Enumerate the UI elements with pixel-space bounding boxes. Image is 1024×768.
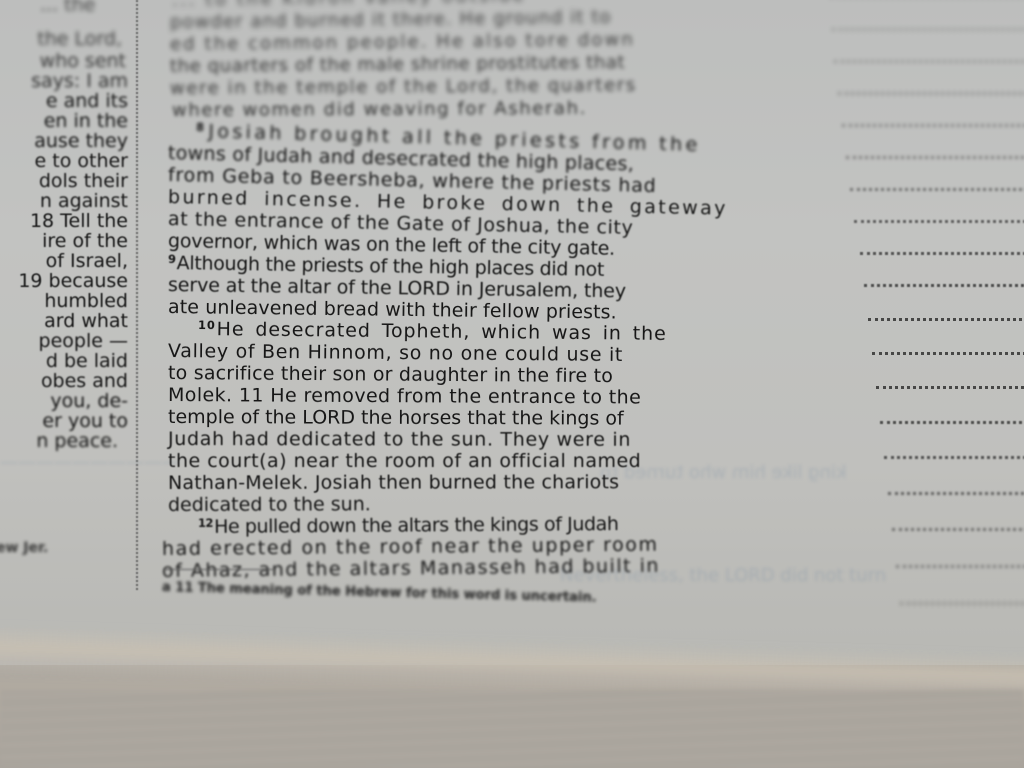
left-line: ire of the bbox=[42, 230, 128, 252]
text-line: where women did weaving for Asherah. bbox=[172, 98, 587, 121]
dotted-note-line bbox=[864, 284, 1024, 287]
verse-number: 8 bbox=[196, 120, 208, 134]
left-line: n against bbox=[40, 190, 128, 212]
left-line: ause they bbox=[34, 130, 128, 152]
dotted-note-line bbox=[888, 492, 1024, 495]
verse-number: 12 bbox=[198, 516, 213, 530]
left-line: e to other bbox=[35, 150, 128, 172]
left-line: n peace. bbox=[36, 430, 118, 452]
dotted-note-line bbox=[880, 421, 1024, 424]
dotted-note-line bbox=[842, 124, 1024, 127]
dotted-note-line bbox=[834, 60, 1024, 63]
bible-page-photo: ... the the Lord, who sent says: I am e … bbox=[0, 0, 1024, 768]
text-line: Molek. 11 He removed from the entrance t… bbox=[168, 384, 641, 408]
column-divider bbox=[136, 0, 138, 590]
left-line: er you to bbox=[42, 410, 128, 432]
left-line: the Lord, bbox=[37, 28, 122, 50]
main-column: ... to the Kidron Valley outside powder … bbox=[166, 0, 826, 620]
text-line: ed the common people. He also tore down bbox=[170, 29, 635, 55]
left-line: humbled bbox=[44, 290, 128, 312]
left-line: ard what bbox=[44, 310, 128, 332]
dotted-note-line bbox=[884, 456, 1024, 459]
footnote-rule bbox=[165, 569, 275, 570]
dotted-note-line bbox=[896, 565, 1024, 568]
left-line: says: I am bbox=[31, 70, 128, 92]
left-line: d be laid bbox=[46, 350, 128, 372]
verse-number: 10 bbox=[198, 318, 216, 332]
text-line: to sacrifice their son or daughter in th… bbox=[168, 362, 613, 387]
dotted-note-line bbox=[900, 602, 1024, 605]
text-line: Nathan-Melek. Josiah then burned the cha… bbox=[168, 471, 619, 494]
left-line: dols their bbox=[39, 170, 128, 192]
text-line: powder and burned it there. He ground it… bbox=[170, 7, 612, 33]
dotted-note-line bbox=[832, 28, 1024, 31]
left-line: people — bbox=[39, 330, 128, 352]
left-line: en in the bbox=[44, 110, 128, 132]
left-line: you, de- bbox=[50, 390, 128, 412]
left-footnote-fragment: ew Jer. bbox=[0, 540, 48, 556]
dotted-note-line bbox=[846, 156, 1024, 159]
dotted-note-line bbox=[838, 92, 1024, 95]
left-column: ... the the Lord, who sent says: I am e … bbox=[0, 0, 132, 600]
left-line: ... the bbox=[40, 0, 95, 16]
verse-number: 9 bbox=[168, 252, 176, 266]
left-line: 18 Tell the bbox=[30, 210, 128, 232]
text-line: temple of the LORD the horses that the k… bbox=[168, 406, 624, 430]
left-line: obes and bbox=[41, 370, 128, 392]
text-line: were in the temple of the Lord, the quar… bbox=[170, 75, 637, 99]
dotted-note-line bbox=[854, 220, 1024, 223]
text-line: the court(a) near the room of an officia… bbox=[168, 450, 641, 472]
text-line: dedicated to the sun. bbox=[168, 493, 371, 516]
text-line: the quarters of the male shrine prostitu… bbox=[170, 52, 625, 77]
page-stack bbox=[0, 690, 1024, 768]
dotted-note-line bbox=[876, 386, 1024, 389]
left-line: of Israel, bbox=[46, 250, 128, 272]
bible-page: ... the the Lord, who sent says: I am e … bbox=[0, 0, 1024, 665]
left-line: e and its bbox=[46, 90, 128, 112]
dotted-note-line bbox=[872, 352, 1024, 355]
bleed-through-text: —————————— bbox=[0, 452, 180, 473]
notes-margin bbox=[820, 0, 1024, 620]
left-line: who sent bbox=[40, 50, 126, 72]
dotted-note-line bbox=[850, 188, 1024, 191]
left-line: 19 because bbox=[18, 270, 128, 292]
text-line: Judah had dedicated to the sun. They wer… bbox=[168, 428, 631, 451]
dotted-note-line bbox=[892, 528, 1024, 531]
dotted-note-line bbox=[860, 252, 1024, 255]
dotted-note-line bbox=[868, 318, 1024, 321]
